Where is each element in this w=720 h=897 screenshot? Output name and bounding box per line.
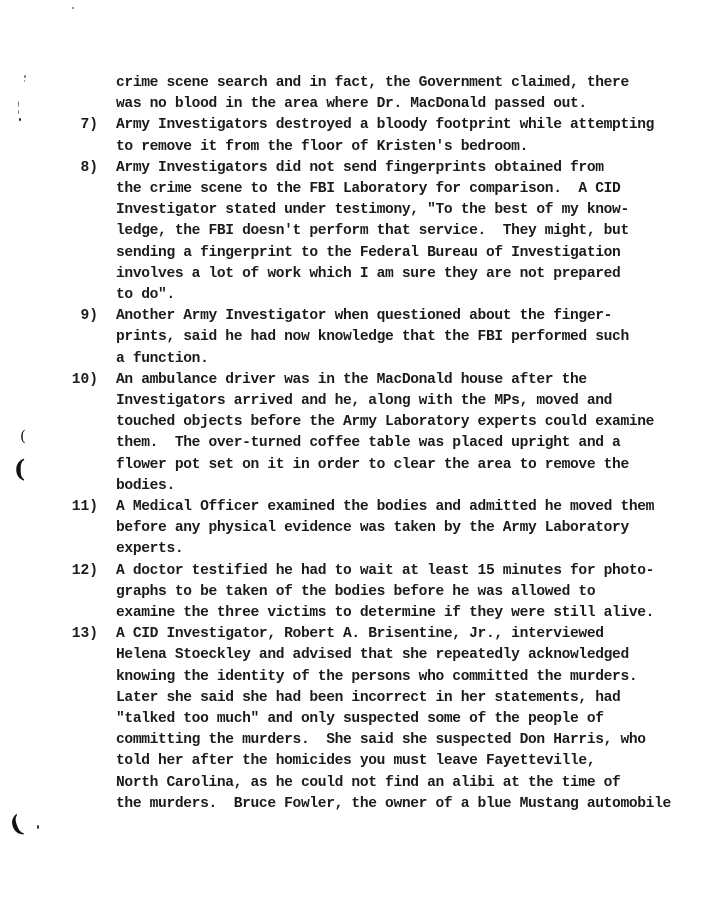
text-line: a function.	[116, 349, 209, 370]
text-line: Army Investigators did not send fingerpr…	[116, 158, 604, 179]
document-page: ( ( ( crime scene search and in fact, th…	[0, 0, 720, 897]
text-line: told her after the homicides you must le…	[116, 751, 595, 772]
item-number: 13)	[58, 624, 98, 645]
text-line: prints, said he had now knowledge that t…	[116, 327, 629, 348]
text-line: the murders. Bruce Fowler, the owner of …	[116, 794, 671, 815]
text-line: sending a fingerprint to the Federal Bur…	[116, 243, 620, 264]
text-line: them. The over-turned coffee table was p…	[116, 433, 620, 454]
scan-speck	[72, 7, 74, 9]
margin-paren-mark: (	[20, 427, 26, 445]
text-line: knowing the identity of the persons who …	[116, 667, 637, 688]
text-line: examine the three victims to determine i…	[116, 603, 654, 624]
text-line: touched objects before the Army Laborato…	[116, 412, 654, 433]
text-line: North Carolina, as he could not find an …	[116, 773, 620, 794]
text-line: bodies.	[116, 476, 175, 497]
text-line: was no blood in the area where Dr. MacDo…	[116, 94, 587, 115]
scan-speck	[18, 110, 19, 114]
text-line: A Medical Officer examined the bodies an…	[116, 497, 654, 518]
text-line: to do".	[116, 285, 175, 306]
text-line: A doctor testified he had to wait at lea…	[116, 561, 654, 582]
text-line: before any physical evidence was taken b…	[116, 518, 629, 539]
item-number: 7)	[58, 115, 98, 136]
item-number: 8)	[58, 158, 98, 179]
text-line: An ambulance driver was in the MacDonald…	[116, 370, 587, 391]
text-line: Investigator stated under testimony, "To…	[116, 200, 629, 221]
scan-speck	[18, 101, 19, 107]
item-number: 12)	[58, 561, 98, 582]
margin-paren-mark: (	[5, 809, 26, 840]
scan-speck	[24, 75, 26, 78]
text-line: "talked too much" and only suspected som…	[116, 709, 604, 730]
text-line: involves a lot of work which I am sure t…	[116, 264, 620, 285]
text-line: graphs to be taken of the bodies before …	[116, 582, 595, 603]
text-line: A CID Investigator, Robert A. Brisentine…	[116, 624, 604, 645]
text-line: to remove it from the floor of Kristen's…	[116, 137, 528, 158]
scan-speck	[19, 118, 21, 121]
item-number: 9)	[58, 306, 98, 327]
text-line: Later she said she had been incorrect in…	[116, 688, 620, 709]
scan-speck	[24, 80, 25, 82]
item-number: 11)	[58, 497, 98, 518]
text-line: Another Army Investigator when questione…	[116, 306, 612, 327]
text-line: flower pot set on it in order to clear t…	[116, 455, 629, 476]
text-line: committing the murders. She said she sus…	[116, 730, 646, 751]
margin-paren-mark: (	[14, 454, 25, 483]
scan-speck	[37, 825, 39, 829]
item-number: 10)	[58, 370, 98, 391]
text-line: Investigators arrived and he, along with…	[116, 391, 612, 412]
text-line: Helena Stoeckley and advised that she re…	[116, 645, 629, 666]
text-line: ledge, the FBI doesn't perform that serv…	[116, 221, 629, 242]
text-line: crime scene search and in fact, the Gove…	[116, 73, 629, 94]
text-line: the crime scene to the FBI Laboratory fo…	[116, 179, 620, 200]
text-line: Army Investigators destroyed a bloody fo…	[116, 115, 654, 136]
text-line: experts.	[116, 539, 183, 560]
